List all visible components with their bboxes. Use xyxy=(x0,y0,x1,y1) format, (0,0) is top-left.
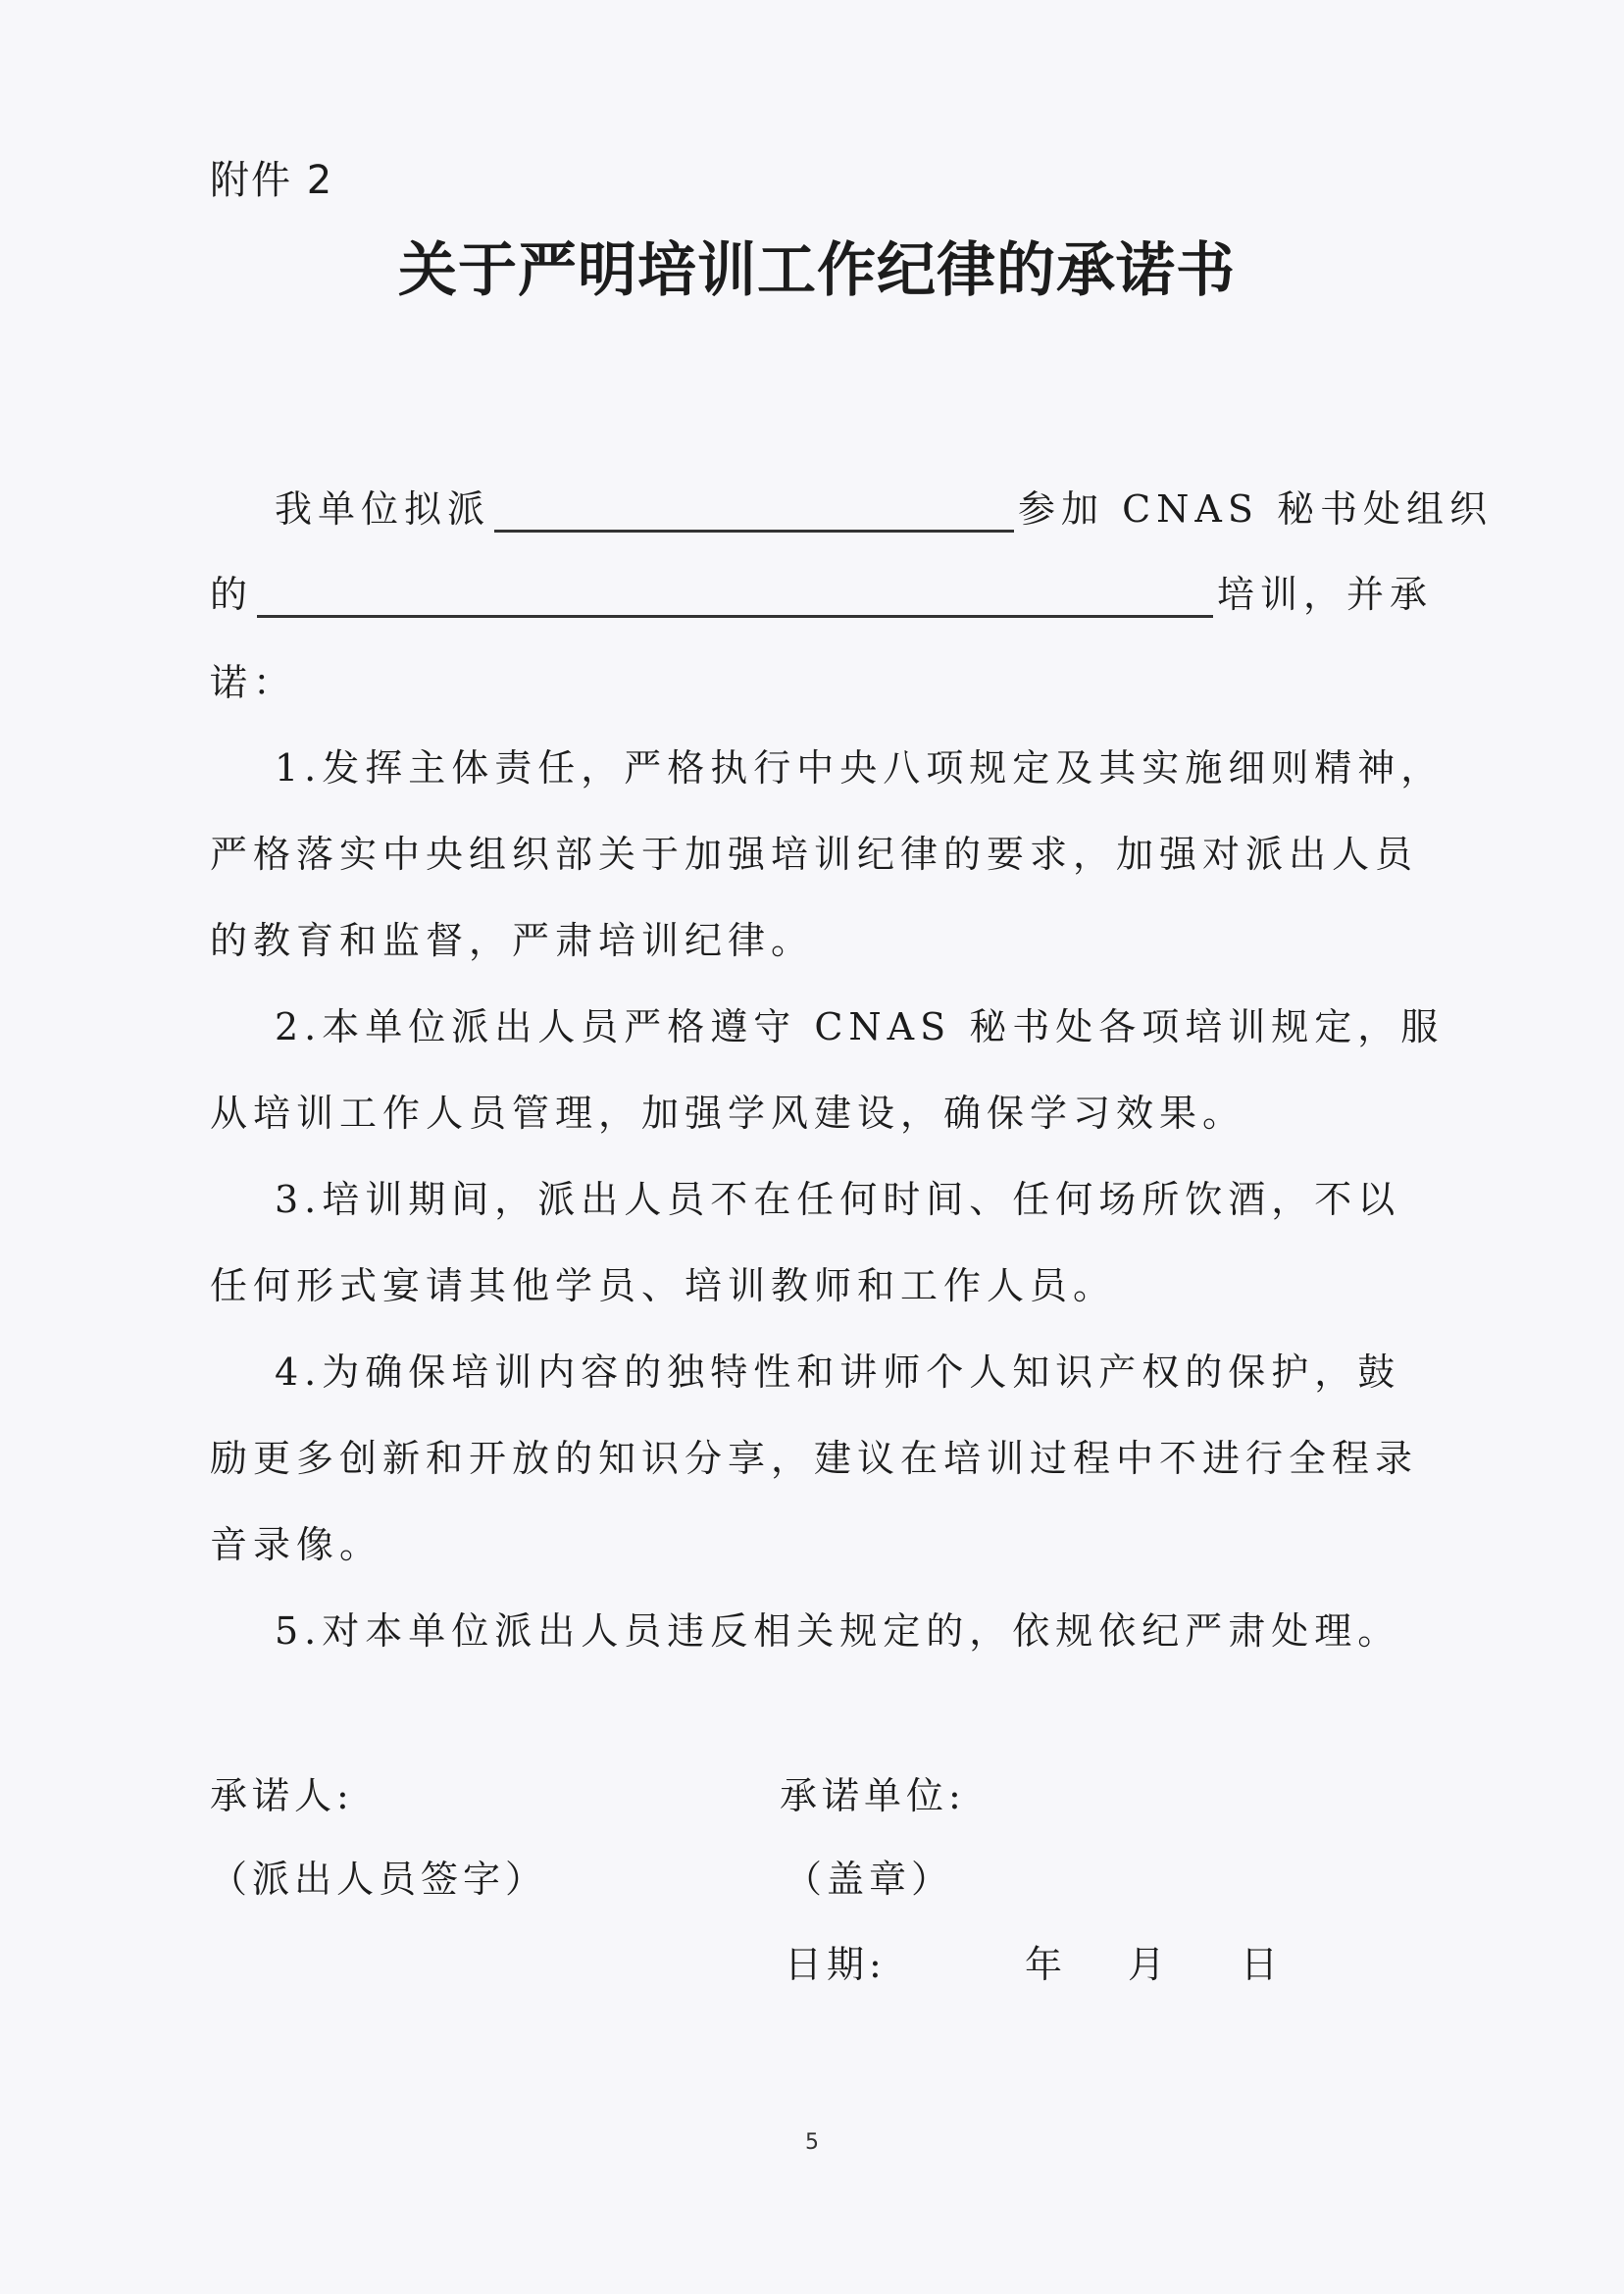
page-number: 5 xyxy=(0,2130,1624,2155)
intro-line-1: 我单位拟派参加 CNAS 秘书处组织 xyxy=(210,479,1500,533)
item-1-line-2: 严格落实中央组织部关于加强培训纪律的要求，加强对派出人员 xyxy=(210,824,1436,878)
unit-note: （盖章） xyxy=(785,1849,953,1903)
date-label: 日期: xyxy=(785,1934,887,1988)
dispatched-person-blank[interactable] xyxy=(494,490,1014,533)
training-name-blank[interactable] xyxy=(257,576,1213,618)
item-2-line-1: 2.本单位派出人员严格遵守 CNAS 秘书处各项培训规定，服 xyxy=(210,996,1500,1050)
item-5-line-1: 5.对本单位派出人员违反相关规定的，依规依纪严肃处理。 xyxy=(210,1601,1500,1655)
document-title: 关于严明培训工作纪律的承诺书 xyxy=(0,224,1624,308)
date-day: 日 xyxy=(1241,1934,1283,1988)
intro-line-2: 的培训，并承 xyxy=(210,564,1436,618)
intro-text: 培训，并承 xyxy=(1217,573,1433,616)
item-3-line-2: 任何形式宴请其他学员、培训教师和工作人员。 xyxy=(210,1255,1436,1309)
promisor-label: 承诺人: xyxy=(210,1765,354,1819)
attachment-label: 附件 2 xyxy=(210,149,333,205)
promisor-note: （派出人员签字） xyxy=(210,1849,547,1903)
unit-label: 承诺单位: xyxy=(780,1765,966,1819)
item-4-line-3: 音录像。 xyxy=(210,1514,1436,1568)
item-3-line-1: 3.培训期间，派出人员不在任何时间、任何场所饮酒，不以 xyxy=(210,1169,1500,1223)
date-month: 月 xyxy=(1128,1934,1170,1988)
intro-text: 参加 CNAS 秘书处组织 xyxy=(1018,487,1493,531)
item-4-line-1: 4.为确保培训内容的独特性和讲师个人知识产权的保护，鼓 xyxy=(210,1342,1500,1396)
date-year: 年 xyxy=(1025,1934,1067,1988)
item-2-line-2: 从培训工作人员管理，加强学风建设，确保学习效果。 xyxy=(210,1083,1436,1137)
intro-text: 我单位拟派 xyxy=(275,487,490,531)
item-1-line-3: 的教育和监督，严肃培训纪律。 xyxy=(210,910,1436,964)
document-page: 附件 2 关于严明培训工作纪律的承诺书 我单位拟派参加 CNAS 秘书处组织 的… xyxy=(0,0,1624,2294)
item-4-line-2: 励更多创新和开放的知识分享，建议在培训过程中不进行全程录 xyxy=(210,1428,1436,1482)
item-1-line-1: 1.发挥主体责任，严格执行中央八项规定及其实施细则精神， xyxy=(210,738,1500,791)
intro-text: 的 xyxy=(210,573,253,616)
intro-line-3: 诺： xyxy=(210,652,1436,706)
